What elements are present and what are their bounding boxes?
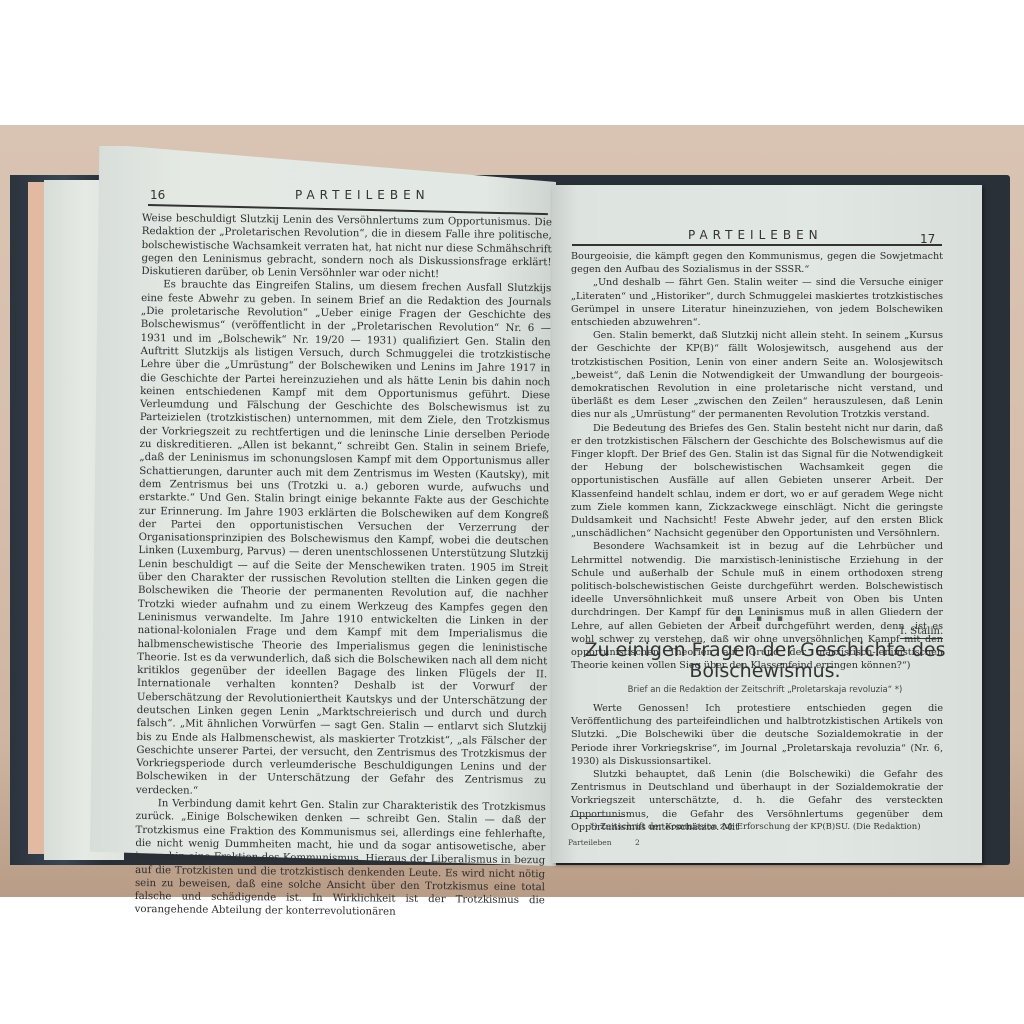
left-page-number: 16 xyxy=(150,188,165,202)
article-subtitle: Brief an die Redaktion der Zeitschrift „… xyxy=(575,685,955,695)
footnote-rule xyxy=(570,816,625,817)
footnote: *) Zeitschrift der Kommission zur Erfors… xyxy=(590,822,921,832)
paragraph: Die Bedeutung des Briefes des Gen. Stali… xyxy=(571,422,943,541)
right-page-body: Bourgeoisie, die kämpft gegen den Kommun… xyxy=(571,250,943,673)
article-title: Zu einigen Fragen der Geschichte des Bol… xyxy=(580,640,950,682)
paragraph: Gen. Stalin bemerkt, daß Slutzkij nicht … xyxy=(571,329,943,421)
left-running-head: PARTEILEBEN xyxy=(295,188,430,202)
paragraph: Weise beschuldigt Slutzkij Lenin des Ver… xyxy=(141,212,552,283)
article-body: Werte Genossen! Ich protestiere entschie… xyxy=(571,702,943,834)
author-signature: I. Stalin. xyxy=(900,626,943,639)
right-running-head: PARTEILEBEN xyxy=(688,228,823,242)
section-ornament: ▪ ▪ ▪ xyxy=(735,614,789,624)
right-header-rule xyxy=(572,244,942,246)
paragraph: Werte Genossen! Ich protestiere entschie… xyxy=(571,702,943,768)
paragraph: Es brauchte das Eingreifen Stalins, um d… xyxy=(136,278,551,801)
paragraph: In Verbindung damit kehrt Gen. Stalin zu… xyxy=(135,797,546,921)
sheet-signature-label: Parteileben xyxy=(568,838,612,847)
sheet-signature-number: 2 xyxy=(635,838,640,847)
paragraph: „Und deshalb — fährt Gen. Stalin weiter … xyxy=(571,276,943,329)
left-page-body: Weise beschuldigt Slutzkij Lenin des Ver… xyxy=(135,212,552,921)
paragraph: Bourgeoisie, die kämpft gegen den Kommun… xyxy=(571,250,943,276)
